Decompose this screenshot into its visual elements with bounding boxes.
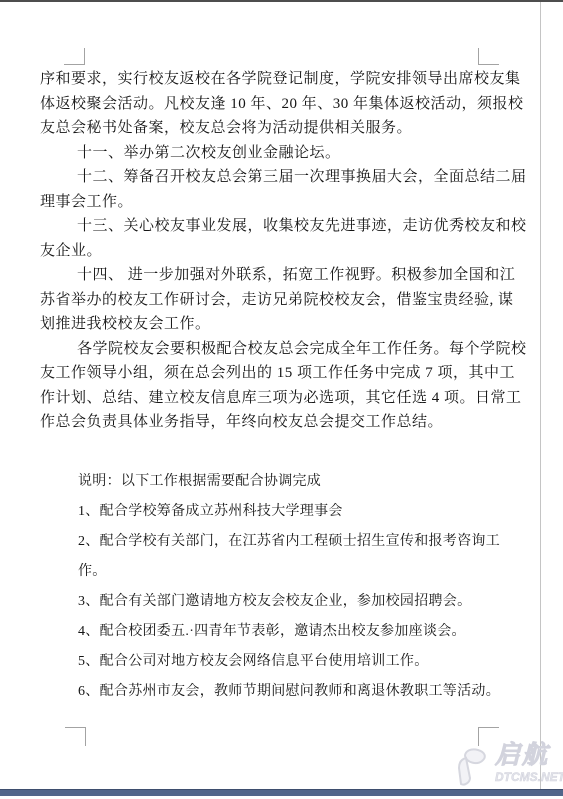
body-line: 作计划、总结、建立校友信息库三项为必选项，其它任选 4 项。日常工 — [40, 386, 540, 411]
body-line: 友企业。 — [40, 239, 540, 264]
ribbon-flag-icon — [457, 744, 493, 795]
body-line: 十一、举办第二次校友创业金融论坛。 — [40, 141, 540, 166]
body-line: 划推进我校校友会工作。 — [40, 312, 540, 337]
document-notes: 说明：以下工作根据需要配合协调完成 1、配合学校筹备成立苏州科技大学理事会 2、… — [78, 467, 538, 707]
watermark-brand: 启航 — [495, 740, 563, 770]
body-line: 十四、 进一步加强对外联系，拓宽工作视野。积极参加全国和江 — [40, 263, 540, 288]
note-line: 4、配合校团委五.·四青年节表彰，邀请杰出校友参加座谈会。 — [78, 617, 538, 647]
body-line: 十三、关心校友事业发展，收集校友先进事迹，走访优秀校友和校 — [40, 214, 540, 239]
note-line: 作。 — [78, 557, 538, 587]
body-line: 各学院校友会要积极配合校友总会完成全年工作任务。每个学院校 — [40, 337, 540, 362]
margin-crop-mark-top-right — [478, 48, 499, 65]
note-heading: 说明：以下工作根据需要配合协调完成 — [78, 467, 538, 497]
window-top-border — [0, 0, 563, 2]
note-line: 2、配合学校有关部门，在江苏省内工程硕士招生宣传和报考咨询工 — [78, 527, 538, 557]
body-line: 理事会工作。 — [40, 190, 540, 215]
body-line: 十二、筹备召开校友总会第三届一次理事换届大会，全面总结二届 — [40, 165, 540, 190]
watermark: 启航 DTCMS.NET — [457, 740, 559, 792]
document-body: 序和要求，实行校友返校在各学院登记制度，学院安排领导出席校友集 体返校聚会活动。… — [40, 67, 540, 435]
body-line: 作总会负责具体业务指导，年终向校友总会提交工作总结。 — [40, 410, 540, 435]
document-page: 序和要求，实行校友返校在各学院登记制度，学院安排领导出席校友集 体返校聚会活动。… — [0, 0, 563, 799]
margin-crop-mark-bottom-left — [65, 727, 86, 746]
note-line: 1、配合学校筹备成立苏州科技大学理事会 — [78, 497, 538, 527]
body-line: 苏省举办的校友工作研讨会，走访兄弟院校校友会，借鉴宝贵经验, 谋 — [40, 288, 540, 313]
body-line: 体返校聚会活动。凡校友逢 10 年、20 年、30 年集体返校活动，须报校 — [40, 92, 540, 117]
margin-crop-mark-bottom-right — [478, 727, 499, 746]
body-line: 友总会秘书处备案，校友总会将为活动提供相关服务。 — [40, 116, 540, 141]
page-edge-divider — [540, 2, 541, 789]
watermark-text-block: 启航 DTCMS.NET — [495, 740, 563, 784]
margin-crop-mark-top-left — [64, 48, 85, 65]
note-line: 3、配合有关部门邀请地方校友会校友企业，参加校园招聘会。 — [78, 587, 538, 617]
window-bottom-bar — [0, 789, 563, 796]
body-line: 友工作领导小组，须在总会列出的 15 项工作任务中完成 7 项，其中工 — [40, 361, 540, 386]
body-line: 序和要求，实行校友返校在各学院登记制度，学院安排领导出席校友集 — [40, 67, 540, 92]
watermark-site: DTCMS.NET — [495, 770, 563, 784]
note-line: 5、配合公司对地方校友会网络信息平台使用培训工作。 — [78, 647, 538, 677]
note-line: 6、配合苏州市友会，教师节期间慰问教师和离退休教职工等活动。 — [78, 677, 538, 707]
